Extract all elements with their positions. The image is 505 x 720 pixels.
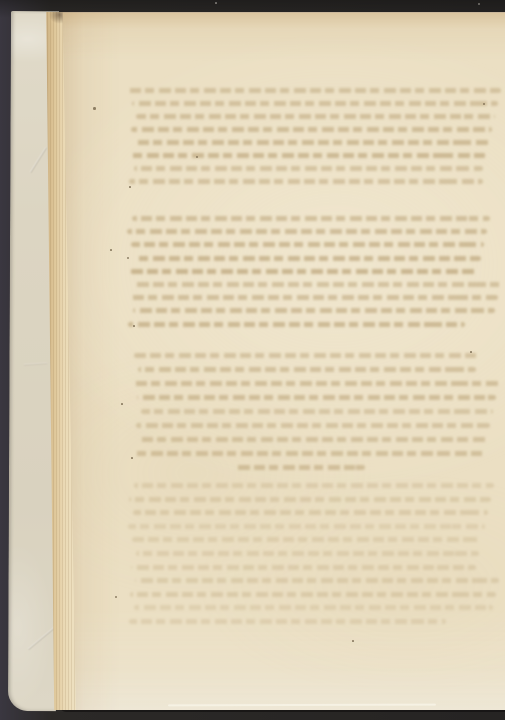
dust-speck — [127, 257, 129, 259]
dust-speck — [196, 156, 198, 158]
dust-speck — [478, 3, 480, 5]
dust-speck — [470, 351, 472, 353]
dust-speck — [215, 2, 217, 4]
specks-layer — [0, 0, 505, 720]
dust-speck — [129, 186, 131, 188]
dust-speck — [483, 103, 485, 105]
dust-speck — [121, 403, 123, 405]
dust-speck — [110, 249, 112, 251]
dust-speck — [352, 640, 354, 642]
dust-speck — [133, 325, 135, 327]
dust-speck — [115, 596, 117, 598]
scanned-page-view — [0, 0, 505, 720]
dust-speck — [131, 457, 133, 459]
dust-speck — [93, 107, 96, 110]
